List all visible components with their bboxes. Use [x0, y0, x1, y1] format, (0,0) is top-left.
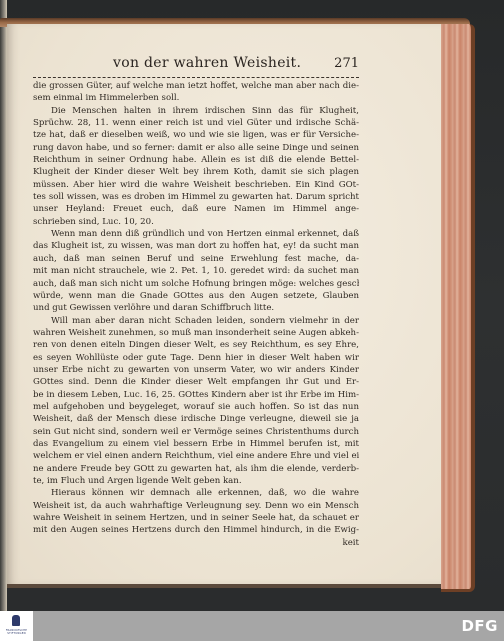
book-bottom-edge [7, 584, 441, 588]
text-line: tze hat, daß er dieselben weiß, wo und w… [33, 129, 359, 141]
text-line: sem einmal im Himmelerben soll. [33, 92, 359, 104]
text-line: schrieben sind, Luc. 10, 20. [33, 216, 359, 228]
text-line: rung davon habe, und so ferner: damit er… [33, 142, 359, 154]
page-header: von der wahren Weisheit. 271 [33, 55, 359, 79]
page-number: 271 [334, 56, 359, 71]
text-line: wahre Weisheit in seinem Hertzen, und in… [33, 512, 359, 524]
text-line: die grossen Güter, auf welche man ietzt … [33, 80, 359, 92]
book-fore-edge [441, 24, 475, 592]
facing-page-edge [0, 0, 7, 611]
text-line: auch, daß man sich nicht um solche Hofnu… [33, 278, 359, 290]
text-line: ne andere Freude bey GOtt zu gewarten ha… [33, 463, 359, 475]
institution-logo-text: FRANCKESCHE STIFTUNGEN [2, 629, 31, 635]
text-line: Will man aber daran nicht Schaden leiden… [33, 315, 359, 327]
text-line: Sprüchw. 28, 11. wenn einer reich ist un… [33, 117, 359, 129]
text-line: Weisheit ist, da auch wahrhaftige Verleu… [33, 500, 359, 512]
text-line: be in diesem Leben, Luc. 16, 25. GOttes … [33, 389, 359, 401]
institution-emblem-icon [12, 615, 20, 626]
text-line: Reichthum in seiner Ordnung habe. Allein… [33, 154, 359, 166]
page-body-text: die grossen Güter, auf welche man ietzt … [33, 80, 359, 549]
dfg-logo[interactable]: DFG [461, 617, 498, 635]
header-rule [33, 77, 359, 78]
text-line: Weisheit, daß der Mensch diese irdische … [33, 413, 359, 425]
text-line: ren von denen eiteln Dingen dieser Welt,… [33, 339, 359, 351]
text-line: Klugheit der Kinder dieser Welt bey ihre… [33, 166, 359, 178]
text-line: mit den Augen seines Hertzens durch den … [33, 524, 359, 536]
running-title: von der wahren Weisheit. [113, 55, 301, 71]
text-line: und gut Gewissen verlöhre und daran Schi… [33, 302, 359, 314]
text-line: müssen. Aber hier wird die wahre Weishei… [33, 179, 359, 191]
text-line: tes soll wissen, was es droben im Himmel… [33, 191, 359, 203]
text-line: das Klugheit ist, zu wissen, was man dor… [33, 240, 359, 252]
footer-bar [0, 611, 504, 641]
text-line: unser Erbe nicht zu gewarten von unserm … [33, 364, 359, 376]
text-line: das Evangelium zu einem viel bessern Erb… [33, 438, 359, 450]
text-line: welchem er viel einen andern Reichthum, … [33, 450, 359, 462]
text-line: auch, daß man seinen Beruf und seine Erw… [33, 253, 359, 265]
text-line: wahren Weisheit zunehmen, so muß man ins… [33, 327, 359, 339]
text-line: GOttes sind. Denn die Kinder dieser Welt… [33, 376, 359, 388]
text-line: unser Heyland: Freuet euch, daß eure Nam… [33, 203, 359, 215]
text-line: es seyen Wohllüste oder gute Tage. Denn … [33, 352, 359, 364]
text-line: mit man nicht strauchele, wie 2. Pet. 1,… [33, 265, 359, 277]
text-line: keit [33, 537, 359, 549]
text-line: sein Gut nicht sind, sondern weil er Ver… [33, 426, 359, 438]
text-line: Wenn man denn diß gründlich und von Hert… [33, 228, 359, 240]
text-line: te, im Fluch und Argen ligende Welt gebe… [33, 475, 359, 487]
francke-foundation-logo[interactable]: FRANCKESCHE STIFTUNGEN [0, 611, 33, 641]
text-line: Die Menschen halten in ihrem irdischen S… [33, 105, 359, 117]
text-line: Hieraus können wir demnach alle erkennen… [33, 487, 359, 499]
text-line: würde, wenn man die Gnade GOttes aus den… [33, 290, 359, 302]
text-line: mel aufgehoben und beygeleget, worauf si… [33, 401, 359, 413]
